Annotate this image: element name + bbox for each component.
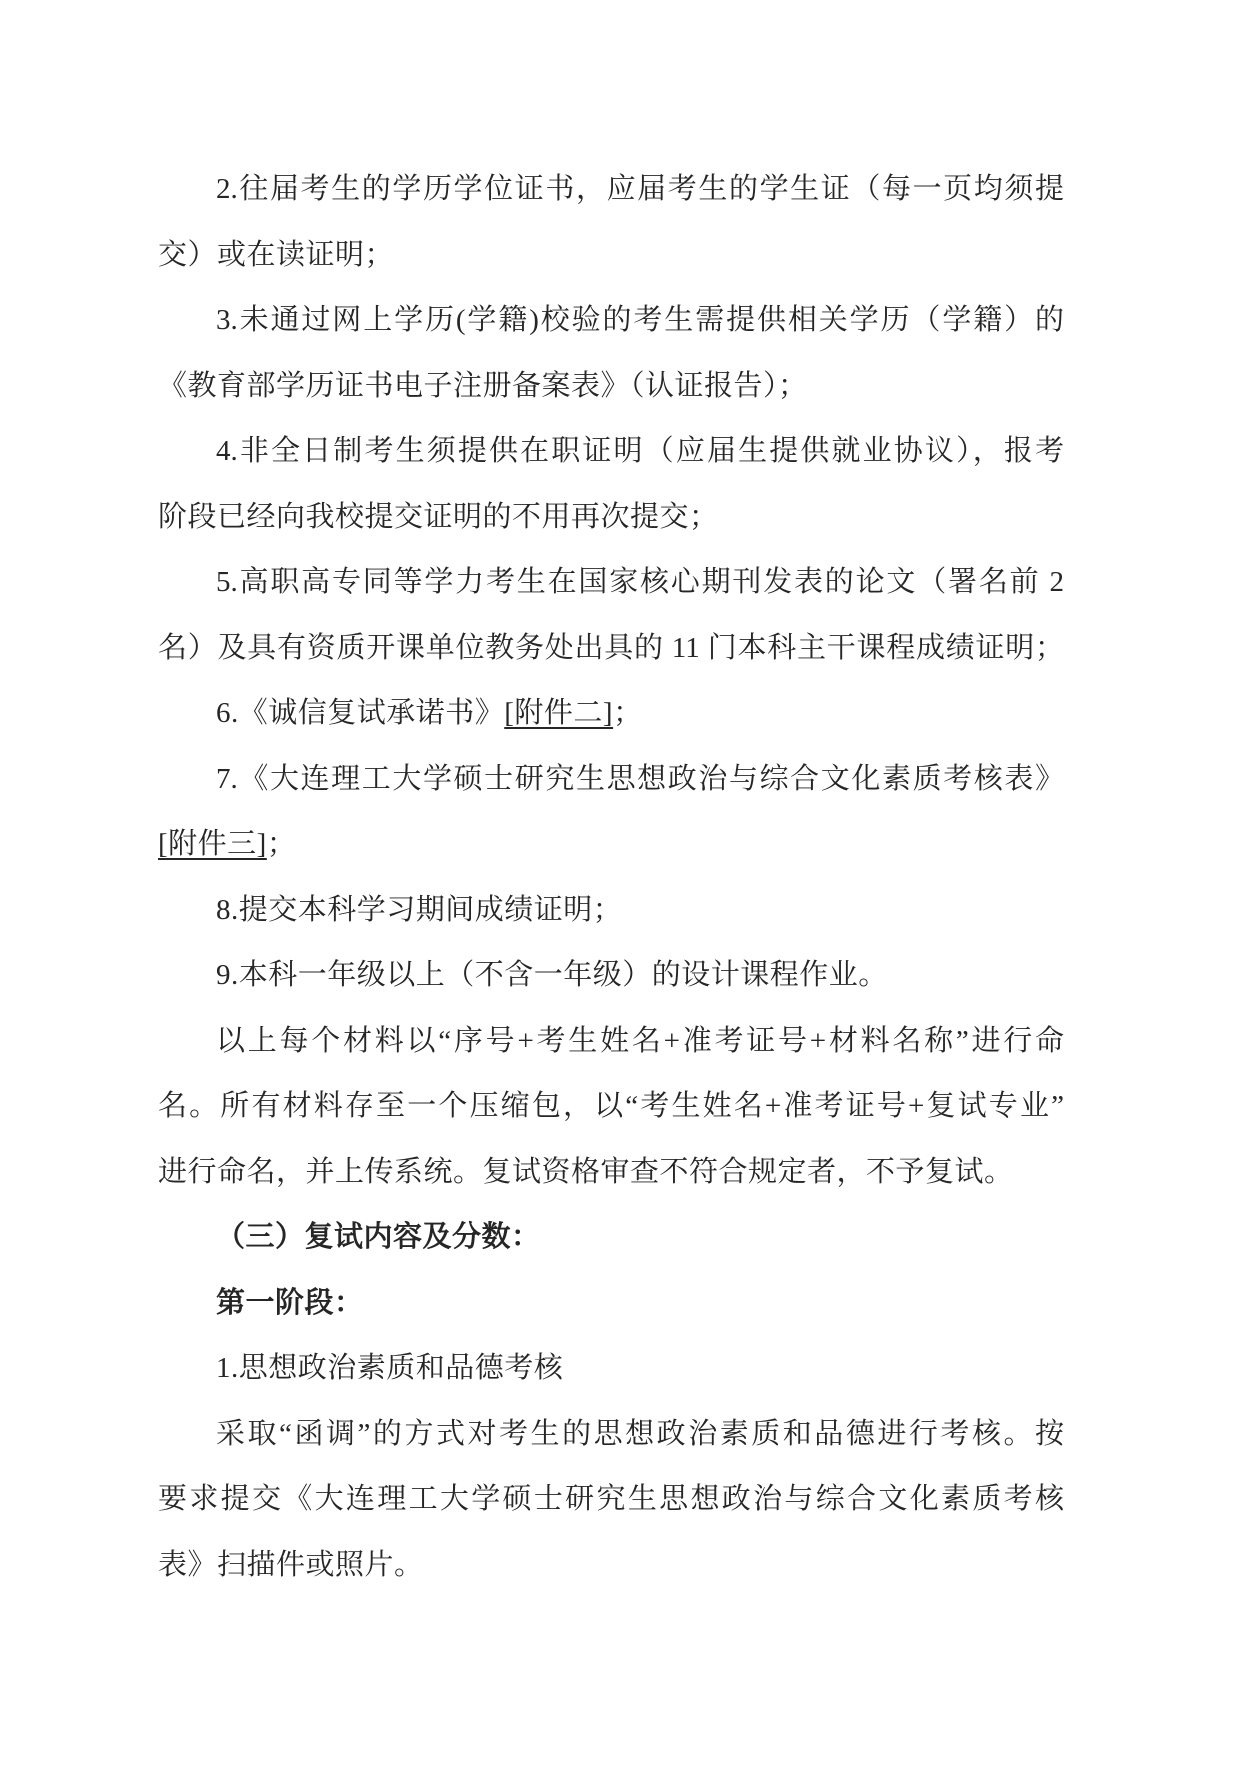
text-run: 第一阶段： [216, 1287, 364, 1319]
attachment-2-link[interactable]: [附件二] [504, 697, 613, 729]
attachment-3-link[interactable]: [附件三] [158, 828, 267, 860]
text-run: 交）或在读证明； [158, 239, 394, 271]
text-run: 阶段已经向我校提交证明的不用再次提交； [158, 501, 719, 533]
text-run: 5.高职高专同等学力考生在国家核心期刊发表的论文（署名前 2 [216, 566, 1064, 598]
text-run: 3.未通过网上学历(学籍)校验的考生需提供相关学历（学籍）的 [216, 304, 1064, 336]
document-line: 第一阶段： [158, 1271, 1064, 1337]
text-run: 以上每个材料以“序号+考生姓名+准考证号+材料名称”进行命 [216, 1025, 1064, 1057]
document-line: 4.非全日制考生须提供在职证明（应届生提供就业协议），报考 [158, 419, 1064, 485]
text-run: 2.往届考生的学历学位证书，应届考生的学生证（每一页均须提 [216, 173, 1064, 205]
document-line: 《教育部学历证书电子注册备案表》（认证报告）； [158, 354, 1064, 420]
text-run: 要求提交《大连理工大学硕士研究生思想政治与综合文化素质考核 [158, 1483, 1064, 1515]
document-page: 2.往届考生的学历学位证书，应届考生的学生证（每一页均须提交）或在读证明；3.未… [0, 0, 1256, 1777]
document-line: 名）及具有资质开课单位教务处出具的 11 门本科主干课程成绩证明； [158, 616, 1064, 682]
document-line: 2.往届考生的学历学位证书，应届考生的学生证（每一页均须提 [158, 157, 1064, 223]
document-line: 9.本科一年级以上（不含一年级）的设计课程作业。 [158, 943, 1064, 1009]
document-line: 5.高职高专同等学力考生在国家核心期刊发表的论文（署名前 2 [158, 550, 1064, 616]
text-run: ； [613, 697, 643, 729]
document-line: 1.思想政治素质和品德考核 [158, 1336, 1064, 1402]
document-line: 名。所有材料存至一个压缩包，以“考生姓名+准考证号+复试专业” [158, 1074, 1064, 1140]
text-run: 1.思想政治素质和品德考核 [216, 1352, 563, 1384]
document-line: 6.《诚信复试承诺书》[附件二]； [158, 681, 1064, 747]
document-line: 8.提交本科学习期间成绩证明； [158, 878, 1064, 944]
document-line: 要求提交《大连理工大学硕士研究生思想政治与综合文化素质考核 [158, 1467, 1064, 1533]
text-run: 7.《大连理工大学硕士研究生思想政治与综合文化素质考核表》 [216, 763, 1064, 795]
text-run: 6.《诚信复试承诺书》 [216, 697, 504, 729]
document-line: 采取“函调”的方式对考生的思想政治素质和品德进行考核。按 [158, 1402, 1064, 1468]
text-run: 名。所有材料存至一个压缩包，以“考生姓名+准考证号+复试专业” [158, 1090, 1064, 1122]
text-run: 表》扫描件或照片。 [158, 1549, 424, 1581]
document-line: （三）复试内容及分数： [158, 1205, 1064, 1271]
text-run: 名）及具有资质开课单位教务处出具的 11 门本科主干课程成绩证明； [158, 632, 1064, 664]
document-line: [附件三]； [158, 812, 1064, 878]
text-run: 采取“函调”的方式对考生的思想政治素质和品德进行考核。按 [216, 1418, 1064, 1450]
document-line: 进行命名，并上传系统。复试资格审查不符合规定者，不予复试。 [158, 1140, 1064, 1206]
document-line: 以上每个材料以“序号+考生姓名+准考证号+材料名称”进行命 [158, 1009, 1064, 1075]
text-run: ； [267, 828, 297, 860]
text-run: 4.非全日制考生须提供在职证明（应届生提供就业协议），报考 [216, 435, 1064, 467]
text-run: （三）复试内容及分数： [216, 1221, 541, 1253]
text-run: 《教育部学历证书电子注册备案表》（认证报告）； [158, 370, 808, 402]
text-run: 进行命名，并上传系统。复试资格审查不符合规定者，不予复试。 [158, 1156, 1014, 1188]
document-line: 交）或在读证明； [158, 223, 1064, 289]
text-run: 8.提交本科学习期间成绩证明； [216, 894, 622, 926]
document-line: 阶段已经向我校提交证明的不用再次提交； [158, 485, 1064, 551]
document-line: 表》扫描件或照片。 [158, 1533, 1064, 1599]
document-line: 7.《大连理工大学硕士研究生思想政治与综合文化素质考核表》 [158, 747, 1064, 813]
text-run: 9.本科一年级以上（不含一年级）的设计课程作业。 [216, 959, 888, 991]
document-line: 3.未通过网上学历(学籍)校验的考生需提供相关学历（学籍）的 [158, 288, 1064, 354]
document-body: 2.往届考生的学历学位证书，应届考生的学生证（每一页均须提交）或在读证明；3.未… [158, 157, 1064, 1598]
